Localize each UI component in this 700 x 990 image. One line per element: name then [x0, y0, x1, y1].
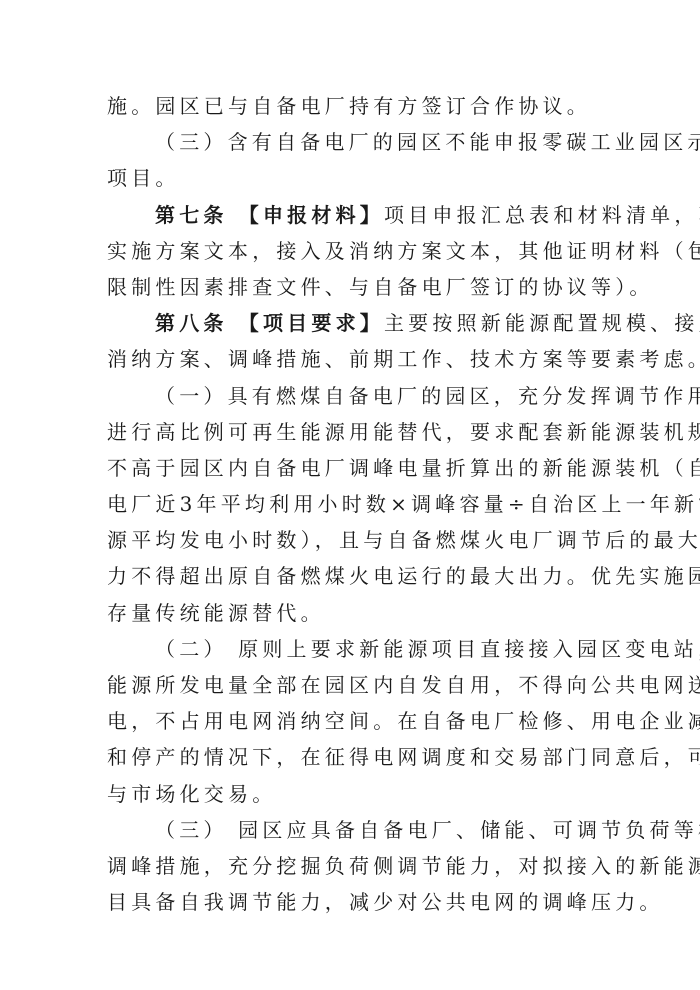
- text-line: 第八条 【项目要求】主要按照新能源配置规模、接入及: [107, 305, 593, 341]
- paragraph-continuation: 施。园区已与自备电厂持有方签订合作协议。: [107, 88, 593, 124]
- paragraph-item-1: （一）具有燃煤自备电厂的园区，充分发挥调节作用， 进行高比例可再生能源用能替代，…: [107, 378, 593, 631]
- paragraph-item-2: （二） 原则上要求新能源项目直接接入园区变电站，新 能源所发电量全部在园区内自发…: [107, 631, 593, 812]
- text-line: 电厂近3年平均利用小时数×调峰容量÷自治区上一年新能: [107, 486, 593, 522]
- text-line: 进行高比例可再生能源用能替代，要求配套新能源装机规模: [107, 414, 593, 450]
- article-8-heading: 第八条 【项目要求】: [155, 311, 384, 335]
- text-line: 施。园区已与自备电厂持有方签订合作协议。: [107, 88, 593, 124]
- text-line: （三） 园区应具备自备电厂、储能、可调节负荷等相关: [107, 812, 593, 848]
- text-line: 实施方案文本，接入及消纳方案文本，其他证明材料（包括: [107, 233, 593, 269]
- text-line: 电，不占用电网消纳空间。在自备电厂检修、用电企业减产: [107, 703, 593, 739]
- text-line: 限制性因素排查文件、与自备电厂签订的协议等）。: [107, 269, 593, 305]
- article-8-text: 主要按照新能源配置规模、接入及: [384, 311, 700, 335]
- text-line: 源平均发电小时数），且与自备燃煤火电厂调节后的最大出: [107, 522, 593, 558]
- text-line: 调峰措施，充分挖掘负荷侧调节能力，对拟接入的新能源项: [107, 848, 593, 884]
- text-line: 与市场化交易。: [107, 776, 593, 812]
- paragraph-article-7: 第七条 【申报材料】项目申报汇总表和材料清单，项目 实施方案文本，接入及消纳方案…: [107, 197, 593, 306]
- text-line: 目具备自我调节能力，减少对公共电网的调峰压力。: [107, 884, 593, 920]
- text-line: 不高于园区内自备电厂调峰电量折算出的新能源装机（自备: [107, 450, 593, 486]
- paragraph-article-8: 第八条 【项目要求】主要按照新能源配置规模、接入及 消纳方案、调峰措施、前期工作…: [107, 305, 593, 377]
- text-line: 第七条 【申报材料】项目申报汇总表和材料清单，项目: [107, 197, 593, 233]
- text-line: 存量传统能源替代。: [107, 595, 593, 631]
- text-line: 项目。: [107, 160, 593, 196]
- document-page: 施。园区已与自备电厂持有方签订合作协议。 （三）含有自备电厂的园区不能申报零碳工…: [107, 88, 593, 920]
- text-line: 和停产的情况下，在征得电网调度和交易部门同意后，可参: [107, 739, 593, 775]
- text-line: 消纳方案、调峰措施、前期工作、技术方案等要素考虑。: [107, 341, 593, 377]
- paragraph-item-3: （三） 园区应具备自备电厂、储能、可调节负荷等相关 调峰措施，充分挖掘负荷侧调节…: [107, 812, 593, 921]
- text-line: （二） 原则上要求新能源项目直接接入园区变电站，新: [107, 631, 593, 667]
- article-7-heading: 第七条 【申报材料】: [155, 203, 384, 227]
- text-line: 能源所发电量全部在园区内自发自用，不得向公共电网送: [107, 667, 593, 703]
- paragraph-item-3-restriction: （三）含有自备电厂的园区不能申报零碳工业园区示范 项目。: [107, 124, 593, 196]
- text-line: （三）含有自备电厂的园区不能申报零碳工业园区示范: [107, 124, 593, 160]
- article-7-text: 项目申报汇总表和材料清单，项目: [384, 203, 700, 227]
- text-line: 力不得超出原自备燃煤火电运行的最大出力。优先实施园区: [107, 558, 593, 594]
- text-line: （一）具有燃煤自备电厂的园区，充分发挥调节作用，: [107, 378, 593, 414]
